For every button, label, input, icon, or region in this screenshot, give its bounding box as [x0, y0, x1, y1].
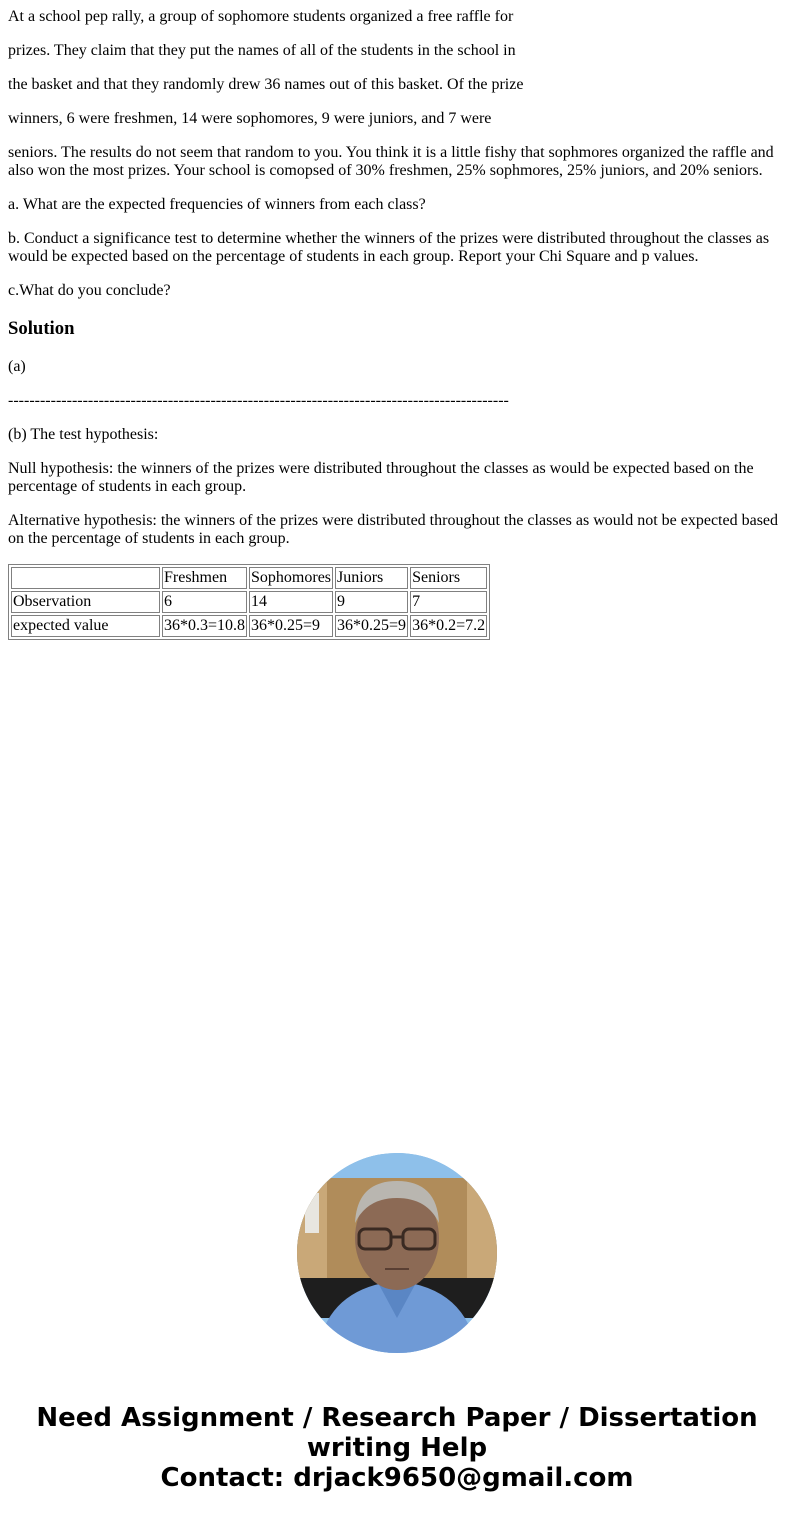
document-body: At a school pep rally, a group of sophom… [0, 8, 794, 640]
frequency-table: Freshmen Sophomores Juniors Seniors Obse… [8, 564, 490, 640]
promo-banner: Need Assignment / Research Paper / Disse… [0, 1403, 794, 1493]
table-cell: 9 [335, 591, 408, 613]
alternative-hypothesis: Alternative hypothesis: the winners of t… [8, 512, 786, 548]
table-cell: 36*0.25=9 [249, 615, 333, 637]
table-cell: Observation [11, 591, 160, 613]
question-paragraph: the basket and that they randomly drew 3… [8, 76, 786, 94]
solution-part-b: (b) The test hypothesis: [8, 426, 786, 444]
solution-part-a: (a) [8, 358, 786, 376]
question-paragraph: At a school pep rally, a group of sophom… [8, 8, 786, 26]
table-cell: 6 [162, 591, 247, 613]
promo-line: writing Help [0, 1433, 794, 1463]
portrait-icon [297, 1153, 497, 1353]
table-cell: 36*0.2=7.2 [410, 615, 487, 637]
table-header-cell: Sophomores [249, 567, 333, 589]
promo-line: Need Assignment / Research Paper / Disse… [0, 1403, 794, 1433]
question-paragraph: seniors. The results do not seem that ra… [8, 144, 786, 180]
question-paragraph: winners, 6 were freshmen, 14 were sophom… [8, 110, 786, 128]
table-header-row: Freshmen Sophomores Juniors Seniors [11, 567, 487, 589]
table-cell: 14 [249, 591, 333, 613]
null-hypothesis: Null hypothesis: the winners of the priz… [8, 460, 786, 496]
table-cell: 36*0.25=9 [335, 615, 408, 637]
solution-heading: Solution [8, 318, 786, 340]
table-header-cell: Seniors [410, 567, 487, 589]
author-avatar [297, 1153, 497, 1353]
table-row: Observation 6 14 9 7 [11, 591, 487, 613]
table-cell: expected value [11, 615, 160, 637]
question-part-c: c.What do you conclude? [8, 282, 786, 300]
table-cell: 7 [410, 591, 487, 613]
question-part-a: a. What are the expected frequencies of … [8, 196, 786, 214]
table-header-cell: Juniors [335, 567, 408, 589]
question-part-b: b. Conduct a significance test to determ… [8, 230, 786, 266]
divider: ----------------------------------------… [8, 392, 786, 410]
table-row: expected value 36*0.3=10.8 36*0.25=9 36*… [11, 615, 487, 637]
table-cell: 36*0.3=10.8 [162, 615, 247, 637]
table-header-cell: Freshmen [162, 567, 247, 589]
question-paragraph: prizes. They claim that they put the nam… [8, 42, 786, 60]
table-header-cell [11, 567, 160, 589]
promo-contact: Contact: drjack9650@gmail.com [0, 1463, 794, 1493]
